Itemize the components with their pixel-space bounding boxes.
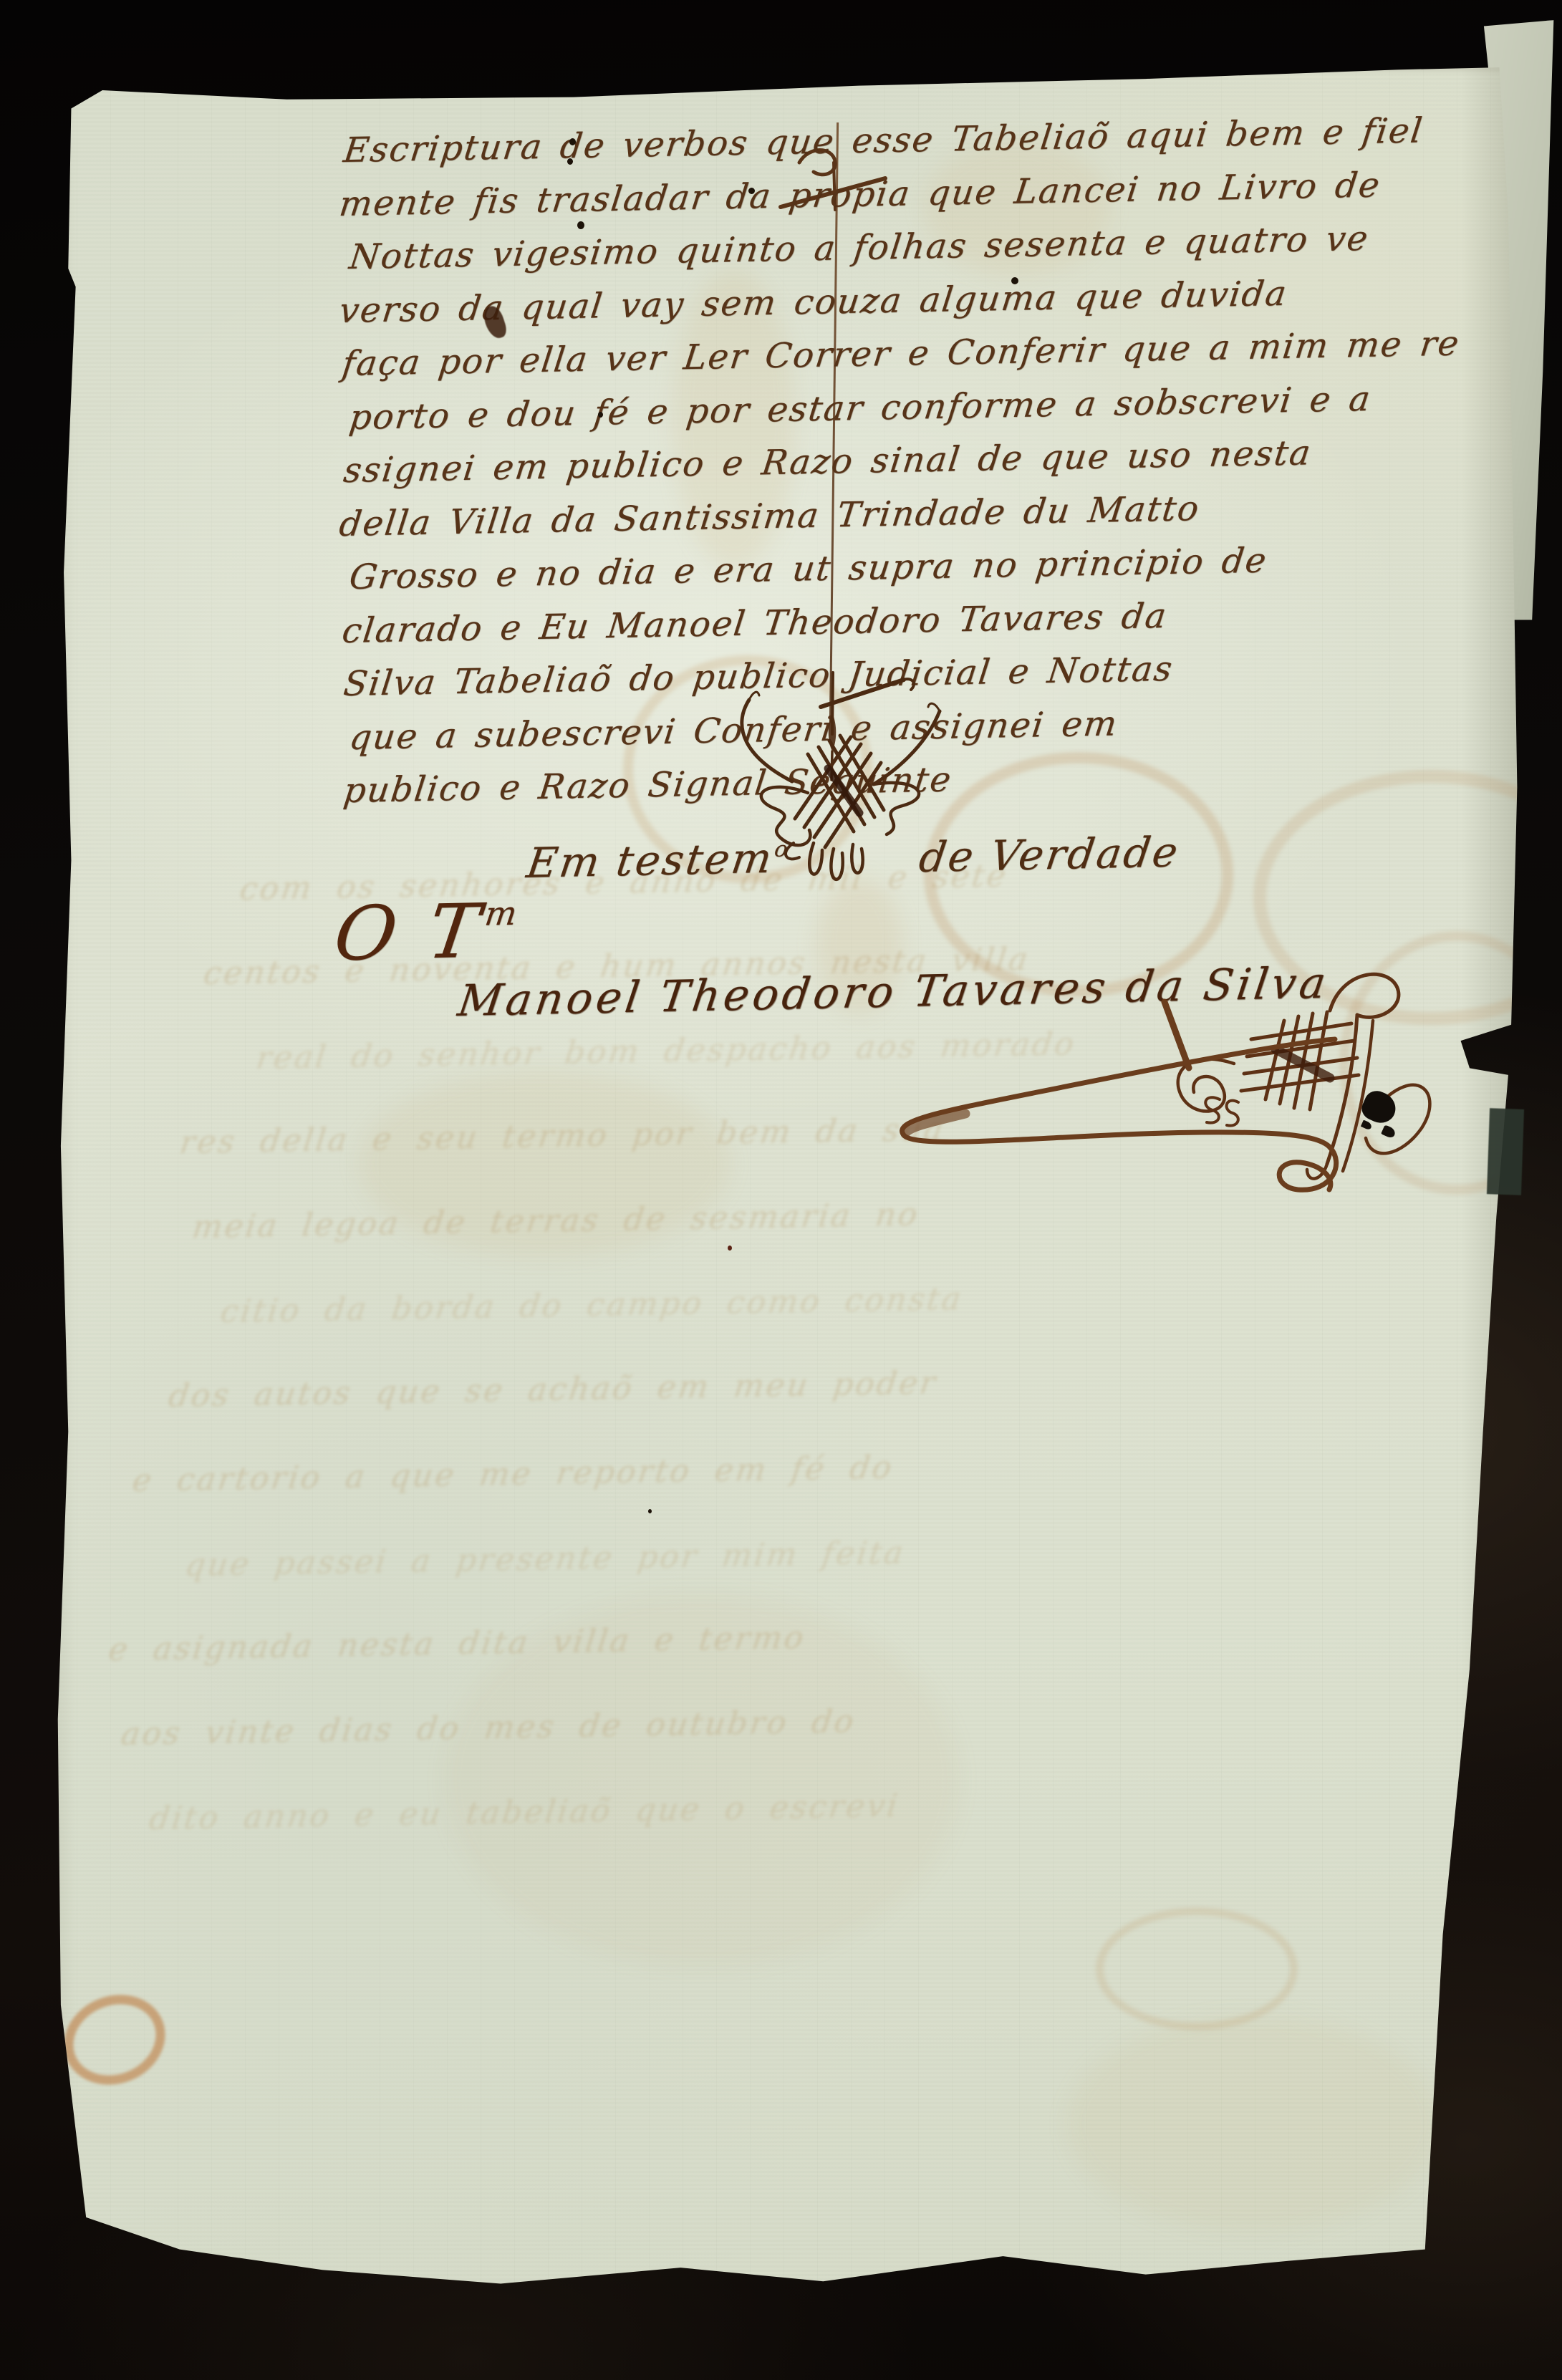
signature-prefix: O Tm bbox=[329, 887, 521, 978]
ink-speck bbox=[648, 1509, 652, 1513]
edge-dark-patch bbox=[1487, 1108, 1524, 1195]
manuscript-page: com os senhores e anno de mil e setecent… bbox=[43, 54, 1529, 2338]
ink-speck bbox=[1011, 277, 1018, 284]
water-stain-ring bbox=[1096, 1907, 1298, 2030]
attestation-right: de Verdade bbox=[916, 827, 1182, 882]
photo-background: com os senhores e anno de mil e setecent… bbox=[0, 0, 1562, 2380]
ink-speck bbox=[577, 221, 584, 229]
stain-patch bbox=[1067, 2016, 1440, 2231]
ink-speck bbox=[567, 158, 573, 165]
attestation-left: Em testemo bbox=[524, 833, 791, 887]
ghost-line: aos vinte dias do mes de outubro do bbox=[116, 1676, 1057, 1777]
ghost-line: e cartorio a que me reporto em fé do bbox=[127, 1422, 1093, 1523]
signature-prefix-text: O T bbox=[329, 887, 489, 978]
edge-shade-bottom bbox=[43, 2288, 1529, 2338]
ink-speck bbox=[598, 412, 603, 418]
ghost-line: e asignada nesta dita villa e termo bbox=[104, 1591, 1069, 1692]
attestation-left-text: Em testem bbox=[524, 834, 776, 887]
orange-stain-ring bbox=[50, 1980, 178, 2099]
edge-shade-top bbox=[43, 54, 1529, 75]
signature-prefix-superscript: m bbox=[483, 894, 519, 933]
ink-speck bbox=[728, 1246, 732, 1251]
signature-paraph-icon bbox=[879, 998, 1366, 1227]
ghost-line: dito anno e eu tabeliaõ que o escrevi bbox=[145, 1761, 1045, 1861]
ink-speck bbox=[569, 138, 576, 145]
ink-speck bbox=[748, 188, 755, 194]
edge-shade-left bbox=[43, 54, 76, 2338]
ghost-line: dos autos que se achaõ em meu poder bbox=[163, 1338, 1104, 1439]
ghost-line: citio da borda do campo como consta bbox=[216, 1254, 1116, 1354]
